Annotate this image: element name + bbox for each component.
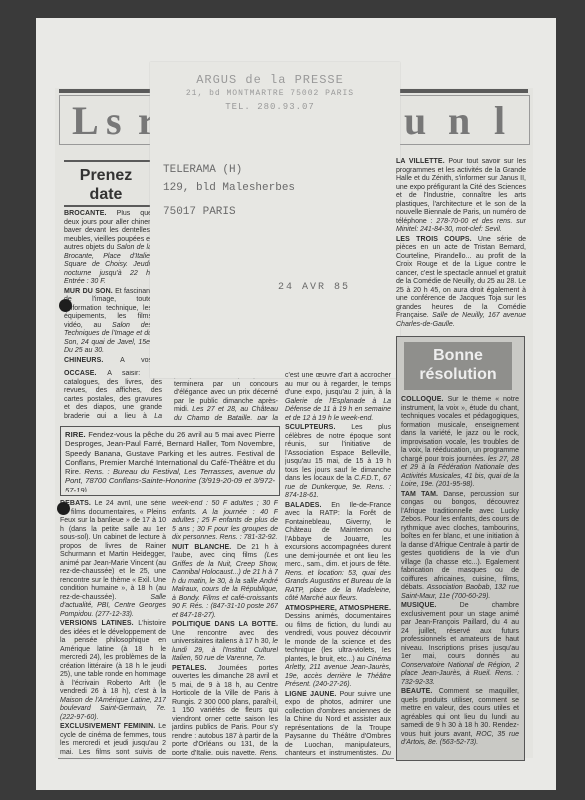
- article-heading: TAM TAM.: [401, 491, 443, 498]
- article-heading: EXCLUSIVEMENT FEMININ.: [60, 723, 158, 730]
- masthead-letter: s: [106, 97, 122, 144]
- article-details: Cinéma Arletty, 211 avenue Jean-Jaurès, …: [285, 656, 391, 689]
- occase-article: OCCASE. A saisir: des catalogues, des li…: [64, 370, 162, 418]
- article-details: le lundi 29, à l'Institut Culturel Itali…: [172, 638, 278, 662]
- article: SCULPTEURS. Les plus célèbres de notre é…: [285, 424, 391, 501]
- right-column: LA VILLETTE. Pour tout savoir sur les pr…: [396, 158, 526, 338]
- bottom-column-1: DEBATS. Le 24 avril, une série de films …: [60, 500, 166, 755]
- masthead-letter: u: [404, 97, 426, 144]
- article-heading: VERSIONS LATINES.: [60, 620, 138, 627]
- article: COLLOQUE. Sur le thème « notre instrumen…: [401, 396, 519, 490]
- article: TAM TAM. Danse, percussion sur congas ou…: [401, 491, 519, 602]
- article: DEBATS. Le 24 avril, une série de films …: [60, 500, 166, 619]
- article-heading: LES TROIS COUPS.: [396, 236, 478, 243]
- masthead-letter: l: [494, 97, 505, 144]
- press-stamp-phone: TEL. 280.93.07: [170, 102, 370, 112]
- article-details: (Les Griffes de la Nuit, Creep Show, Can…: [172, 552, 278, 619]
- label-street: 129, bld Malesherbes: [163, 182, 295, 194]
- masthead-rule-right: [383, 89, 528, 93]
- article-details: Du 6 au 10 mai, à 20 h 30 au Musée Guime…: [285, 750, 391, 757]
- label-recipient: TELERAMA (H): [163, 164, 242, 176]
- article-heading: NUIT BLANCHE.: [172, 544, 237, 551]
- article-heading: MUSIQUE.: [401, 602, 460, 609]
- section-rule-top: [64, 160, 154, 162]
- press-stamp-title: ARGUS de la PRESSE: [170, 73, 370, 87]
- article-details: Galerie de l'Esplanade à La Défense de 1…: [285, 398, 391, 422]
- label-city: 75017 PARIS: [163, 206, 236, 218]
- article-heading: SCULPTEURS.: [285, 424, 351, 431]
- bottom-column-3: c'est une œuvre d'art à accrocher au mur…: [285, 372, 391, 757]
- article-heading: BEAUTE.: [401, 688, 439, 695]
- article: MUR DU SON. Et fascinant de l'image, tou…: [64, 288, 152, 356]
- article-details: C.F.D.T., 67 rue de Dunkerque, 9e. Rens.…: [285, 475, 391, 499]
- article: NUIT BLANCHE. De 21 h à l'aube, avec cin…: [172, 544, 278, 621]
- left-column: BROCANTE. Plus que deux jours pour aller…: [64, 210, 152, 365]
- article: BEAUTE. Comment se maquiller, quels prod…: [401, 688, 519, 748]
- article-details: Salle d'actualité, PBI, Centre Georges P…: [60, 594, 166, 618]
- section-title: Prenez date: [66, 166, 146, 204]
- article: LIGNE JAUNE. Pour suivre une expo de pho…: [285, 691, 391, 758]
- article: LA VILLETTE. Pour tout savoir sur les pr…: [396, 158, 526, 235]
- article-details: Salle de Neuilly, 167 avenue Charles-de-…: [396, 312, 526, 328]
- article: OCCASE. A saisir: des catalogues, des li…: [64, 370, 162, 418]
- article-heading: ATMOSPHERE, ATMOSPHERE.: [285, 605, 391, 612]
- article-heading: LA VILLETTE.: [396, 158, 448, 165]
- article-details: Conservatoire National de Région, 2 plac…: [401, 662, 519, 686]
- article-heading: BROCANTE.: [64, 210, 117, 217]
- bonne-resolution-title: Bonne résolution: [404, 342, 512, 390]
- masthead-rule-left: [59, 89, 153, 93]
- punch-hole: [57, 502, 70, 515]
- article: ATMOSPHERE, ATMOSPHERE. Dessins animés, …: [285, 605, 391, 690]
- article: EXCLUSIVEMENT FEMININ. Le cycle de ciném…: [60, 723, 166, 755]
- masthead-letter: L: [72, 97, 99, 144]
- article: CHINEURS. A vos marques, les exposants p…: [64, 357, 152, 366]
- article-details: Les 27 et 28, au Château du Champ de Bat…: [174, 406, 278, 420]
- article-details: Association Baobab, 132 rue Saint-Maur, …: [401, 584, 519, 600]
- bottom-frame-rule: [58, 758, 394, 759]
- article-heading: LIGNE JAUNE.: [285, 691, 340, 698]
- article-details: Rens. 686-61-81.: [172, 750, 278, 756]
- punch-hole: [59, 299, 72, 312]
- article-heading: POLITIQUE DANS LA BOTTE.: [172, 621, 278, 628]
- article: VERSIONS LATINES. L'histoire des idées e…: [60, 620, 166, 722]
- label-date: 24 AVR 85: [278, 282, 350, 293]
- article-details: Rens. : Bureau du Festival, Les Terrasse…: [65, 467, 275, 492]
- masthead-letter: n: [448, 97, 470, 144]
- section-rule-bottom: [64, 205, 154, 207]
- article-heading: PETALES.: [172, 665, 218, 672]
- article: week-end : 50 F adultes ; 30 F enfants. …: [172, 500, 278, 543]
- article-heading: CHINEURS.: [64, 357, 120, 364]
- article-heading: BALADES.: [285, 502, 331, 509]
- rire-article: RIRE. Fendez-vous la pêche du 26 avril a…: [65, 430, 275, 492]
- middle-fragment: poneys Shetlands) qui se terminera par u…: [174, 372, 278, 420]
- article-details: week-end : 50 F adultes ; 30 F enfants. …: [172, 500, 278, 541]
- article-details: ROC, 35 rue d'Artois, 8e. (563-52-73).: [401, 731, 519, 747]
- press-stamp-address: 21, bd MONTMARTRE 75002 PARIS: [170, 89, 370, 98]
- bottom-column-2: week-end : 50 F adultes ; 30 F enfants. …: [172, 500, 278, 755]
- article: MUSIQUE. De chambre exclusivement pour u…: [401, 602, 519, 687]
- article-details: Salon de la Brocante, Place d'Italie, Sq…: [64, 244, 152, 285]
- article: POLITIQUE DANS LA BOTTE. Une rencontre a…: [172, 621, 278, 664]
- article: LES TROIS COUPS. Une série de pièces en …: [396, 236, 526, 330]
- article-details: 278-70-00 et des rens. sur Minitel: 241-…: [396, 218, 526, 234]
- article-details: les 27, 28 et 29 à la Fédération Nationa…: [401, 456, 519, 489]
- article-heading: COLLOQUE.: [401, 396, 448, 403]
- bonne-resolution-items: COLLOQUE. Sur le thème « notre instrumen…: [401, 396, 519, 756]
- article: BROCANTE. Plus que deux jours pour aller…: [64, 210, 152, 287]
- article-details: Maison de l'Amérique Latine, 217 bouleva…: [60, 697, 166, 721]
- article-details: Rens. et location: 53, quai des Grands A…: [285, 570, 391, 603]
- article: BALADES. En Ile-de-France avec la RATP: …: [285, 502, 391, 604]
- article: PETALES. Journées portes ouvertes les di…: [172, 665, 278, 756]
- article-details: Salon des Techniques de l'Image et du So…: [64, 322, 152, 355]
- article-details: La Conciergerie, 1 quai de l'Horloge, 1e…: [64, 413, 162, 419]
- article-heading: RIRE.: [65, 430, 88, 439]
- article: c'est une œuvre d'art à accrocher au mur…: [285, 372, 391, 423]
- article-heading: MUR DU SON.: [64, 288, 115, 295]
- article-heading: OCCASE.: [64, 370, 107, 377]
- article: poneys Shetlands) qui se terminera par u…: [174, 372, 278, 420]
- article: RIRE. Fendez-vous la pêche du 26 avril a…: [65, 430, 275, 492]
